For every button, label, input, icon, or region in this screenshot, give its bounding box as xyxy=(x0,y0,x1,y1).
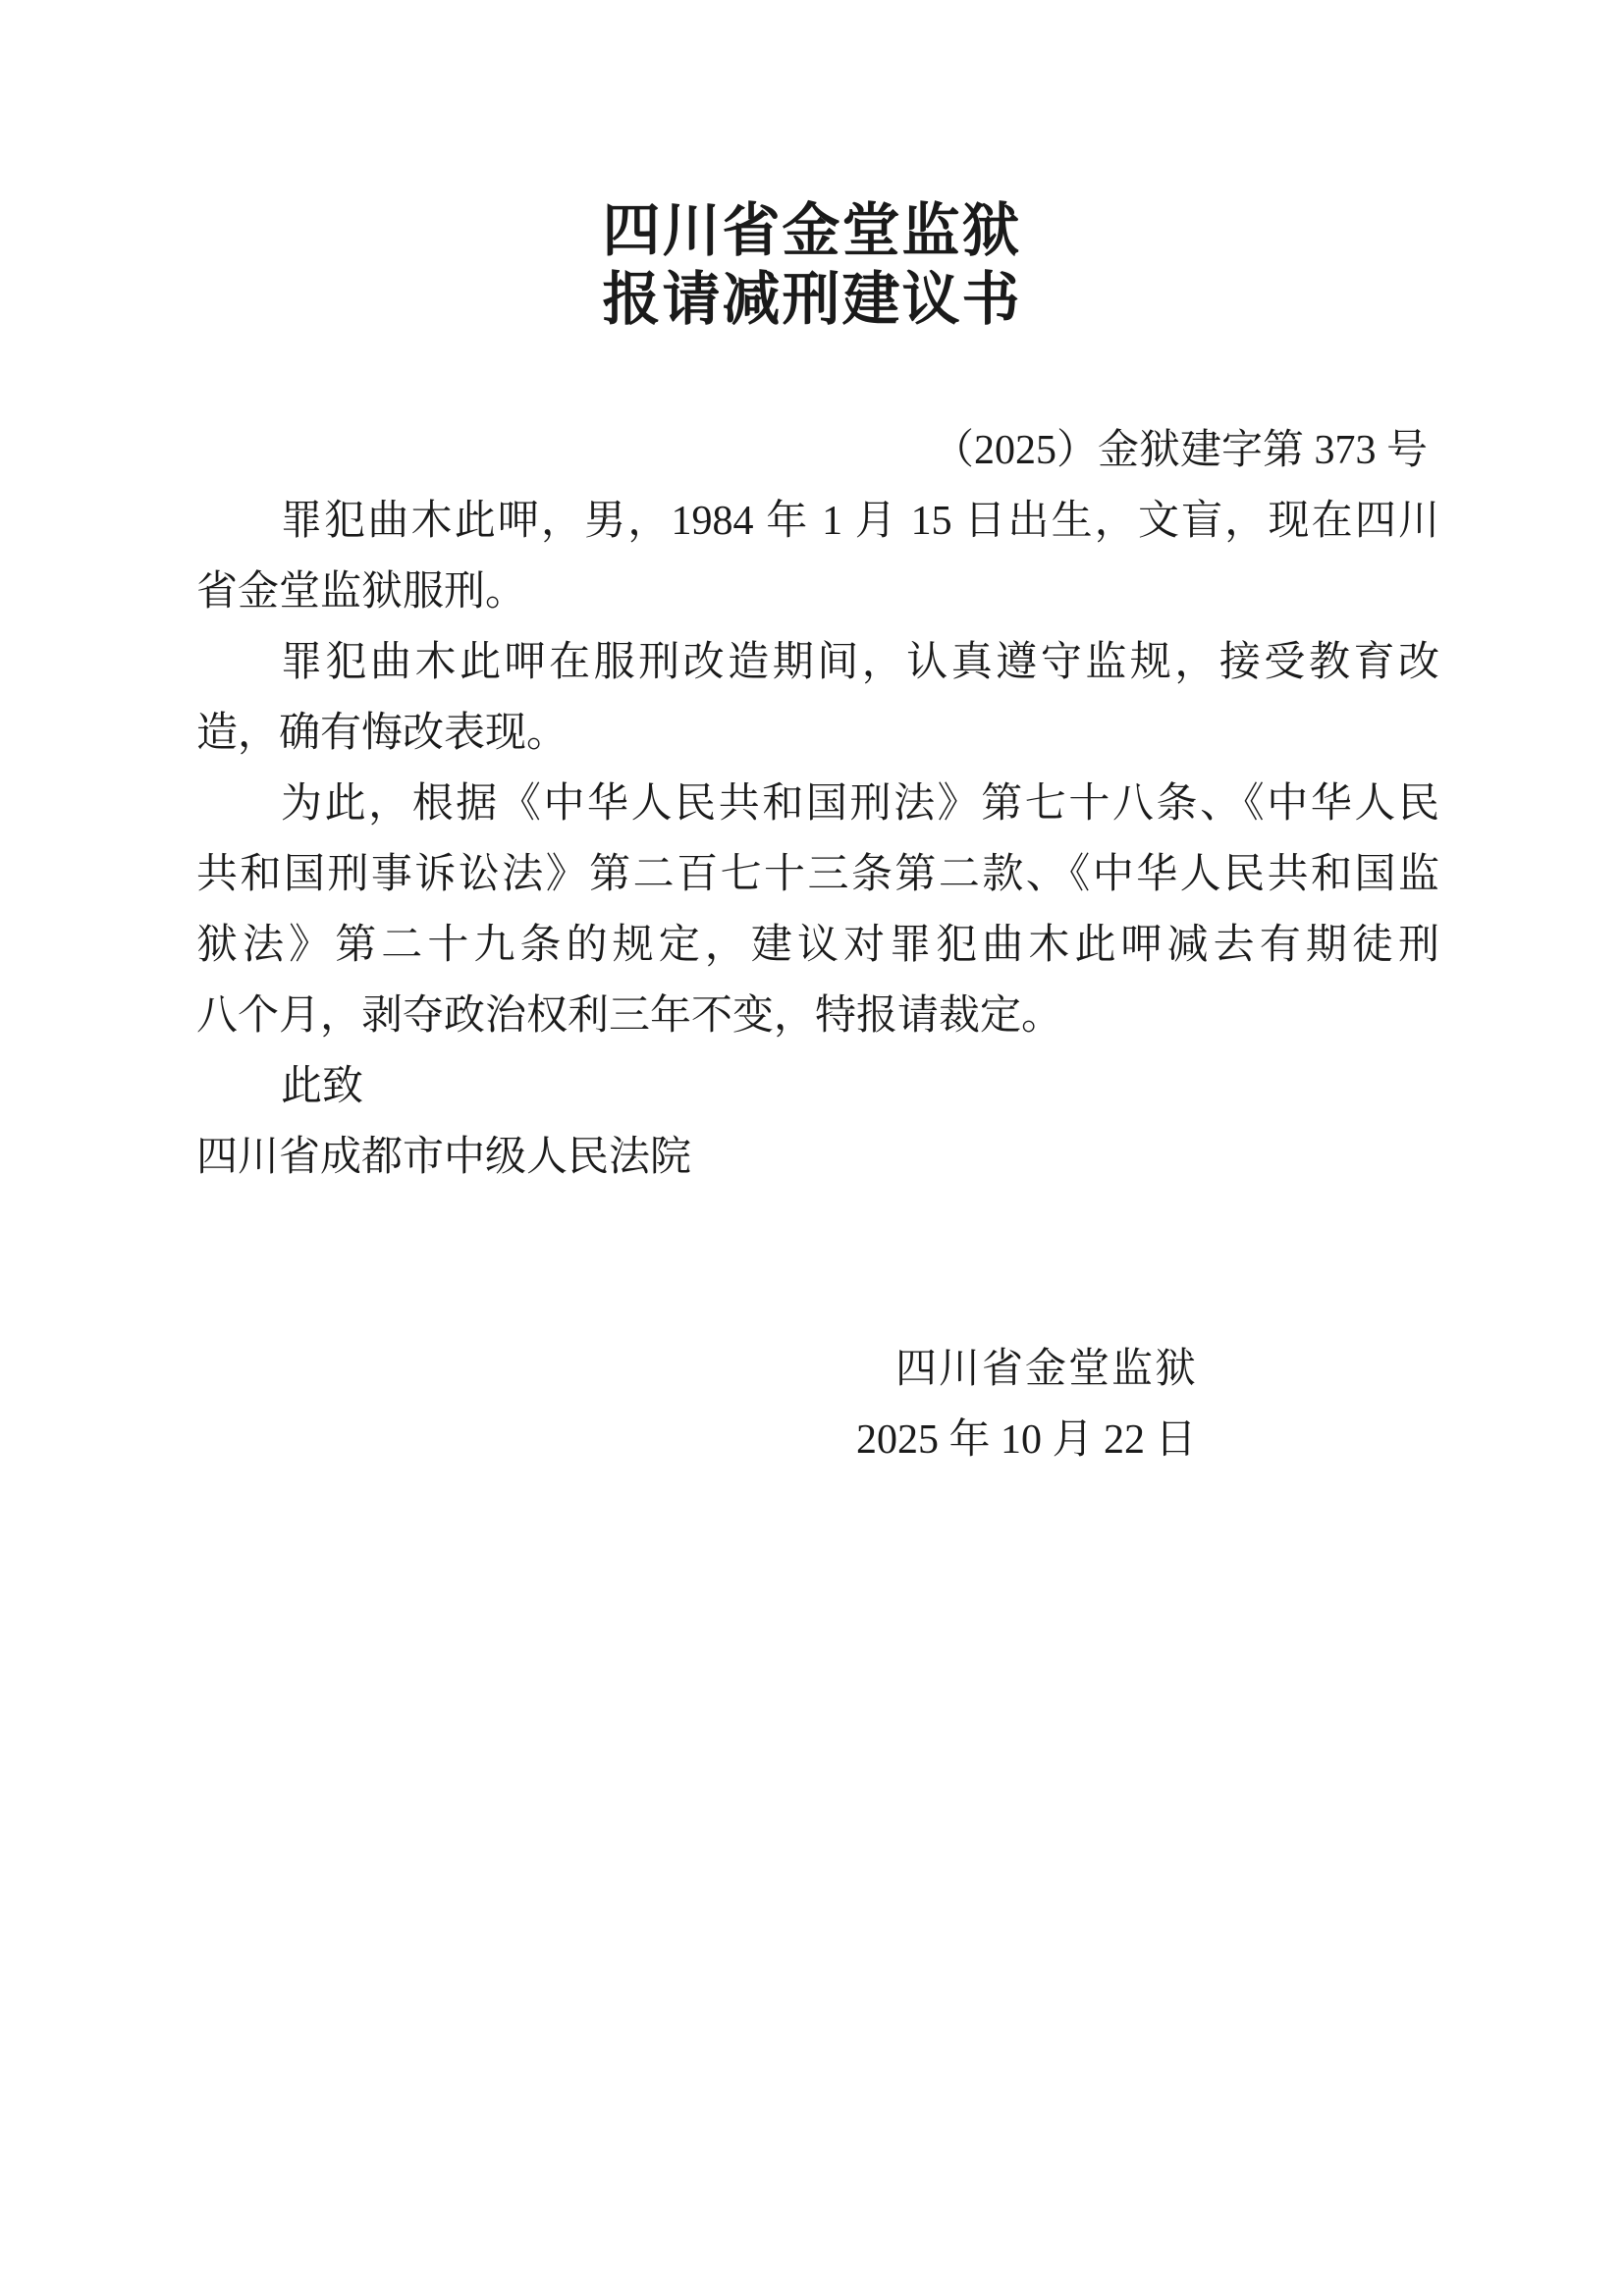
paragraph-1-line-2: 省金堂监狱服刑。 xyxy=(196,557,1439,627)
paragraph-1-line-1: 罪犯曲木此呷，男，1984 年 1 月 15 日出生，文盲，现在四川 xyxy=(196,486,1439,557)
title-organization: 四川省金堂监狱 xyxy=(0,196,1624,265)
document-body: （2025）金狱建字第 373 号 罪犯曲木此呷，男，1984 年 1 月 15… xyxy=(196,415,1439,1475)
document-page: 四川省金堂监狱 报请减刑建议书 （2025）金狱建字第 373 号 罪犯曲木此呷… xyxy=(0,0,1624,2296)
closing-salutation: 此致 xyxy=(196,1051,1439,1122)
paragraph-3-line-2: 共和国刑事诉讼法》第二百七十三条第二款、《中华人民共和国监 xyxy=(196,839,1439,910)
closing-recipient: 四川省成都市中级人民法院 xyxy=(196,1122,1439,1193)
paragraph-3-line-4: 八个月，剥夺政治权利三年不变，特报请裁定。 xyxy=(196,981,1439,1051)
title-document-type: 报请减刑建议书 xyxy=(0,265,1624,334)
paragraph-3-line-3: 狱法》第二十九条的规定，建议对罪犯曲木此呷减去有期徒刑 xyxy=(196,910,1439,981)
paragraph-2-line-1: 罪犯曲木此呷在服刑改造期间，认真遵守监规，接受教育改 xyxy=(196,627,1439,698)
paragraph-2-line-2: 造，确有悔改表现。 xyxy=(196,698,1439,769)
blank-line xyxy=(196,1263,1439,1334)
signature-date: 2025 年 10 月 22 日 xyxy=(196,1405,1439,1475)
signature-organization: 四川省金堂监狱 xyxy=(196,1334,1439,1405)
paragraph-3-line-1: 为此，根据《中华人民共和国刑法》第七十八条、《中华人民 xyxy=(196,769,1439,839)
document-number: （2025）金狱建字第 373 号 xyxy=(196,415,1439,486)
blank-line xyxy=(196,1193,1439,1263)
document-title: 四川省金堂监狱 报请减刑建议书 xyxy=(0,196,1624,334)
